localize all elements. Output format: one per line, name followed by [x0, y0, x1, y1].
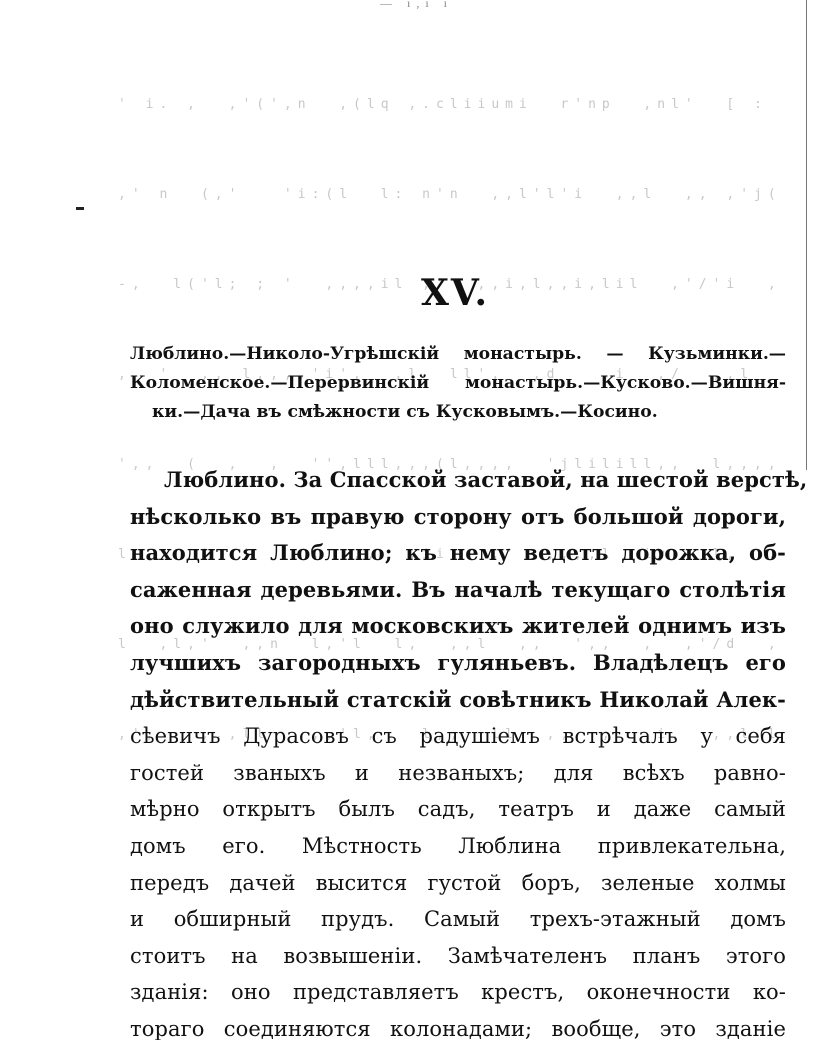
- bleed-row: ' i. , ,'(',n ,(lq ,.cliiumi r'np ,nl' […: [118, 90, 778, 120]
- synopsis-line: Люблино.—Николо-Угрѣшскій монастырь. — К…: [130, 340, 786, 369]
- paragraph-line: лучшихъ загородныхъ гуляньевъ. Владѣлецъ…: [130, 645, 786, 682]
- paragraph-line: домъ его. Мѣстность Люблина привлекатель…: [130, 828, 786, 865]
- paragraph-line-text: За Спасской заставой, на шестой верстѣ,: [286, 467, 807, 492]
- paragraph-line: передъ дачей высится густой боръ, зелены…: [130, 865, 786, 902]
- paragraph-line: Люблино. За Спасской заставой, на шестой…: [130, 462, 786, 499]
- paragraph-line: нѣсколько въ правую сторону отъ большой …: [130, 499, 786, 536]
- paragraph-line: находится Люблино; къ нему ведетъ дорожк…: [130, 535, 786, 572]
- chapter-number: XV.: [0, 272, 822, 314]
- paragraph-line: сѣевичъ Дурасовъ съ радушіемъ встрѣчалъ …: [130, 718, 786, 755]
- paragraph-line: гостей званыхъ и незваныхъ; для всѣхъ ра…: [130, 755, 786, 792]
- page-edge-line: [806, 0, 807, 470]
- paragraph-lead-word: Люблино.: [164, 467, 286, 492]
- paragraph-line: оно служило для московскихъ жителей одни…: [130, 608, 786, 645]
- scanned-book-page: — ı,ı ı ' i. , ,'(',n ,(lq ,.cliiumi r'n…: [0, 0, 822, 1040]
- margin-ink-mark: [76, 207, 84, 210]
- paragraph-line: мѣрно открытъ былъ садъ, театръ и даже с…: [130, 791, 786, 828]
- paragraph-line: и обширный прудъ. Самый трехъ-этажный до…: [130, 901, 786, 938]
- chapter-synopsis: Люблино.—Николо-Угрѣшскій монастырь. — К…: [130, 340, 786, 427]
- paragraph-line: зданія: оно представляетъ крестъ, оконеч…: [130, 974, 786, 1011]
- body-paragraph: Люблино. За Спасской заставой, на шестой…: [130, 462, 786, 1040]
- paragraph-line: стоитъ на возвышеніи. Замѣчателенъ планъ…: [130, 938, 786, 975]
- paragraph-line: саженная деревьями. Въ началѣ текущаго с…: [130, 572, 786, 609]
- page-folio-fragment: — ı,ı ı: [380, 0, 453, 11]
- synopsis-line: ки.—Дача въ смѣжности съ Кусковымъ.—Коси…: [130, 398, 786, 427]
- bleed-row: ,' n (,' 'i:(l l: n'n ,,l'l'i ,,l ,, ,'j…: [118, 180, 778, 210]
- paragraph-line: дѣйствительный статскій совѣтникъ Никола…: [130, 682, 786, 719]
- synopsis-line: Коломенское.—Перервинскій монастырь.—Кус…: [130, 369, 786, 398]
- paragraph-line: тораго соединяются колонадами; вообще, э…: [130, 1011, 786, 1040]
